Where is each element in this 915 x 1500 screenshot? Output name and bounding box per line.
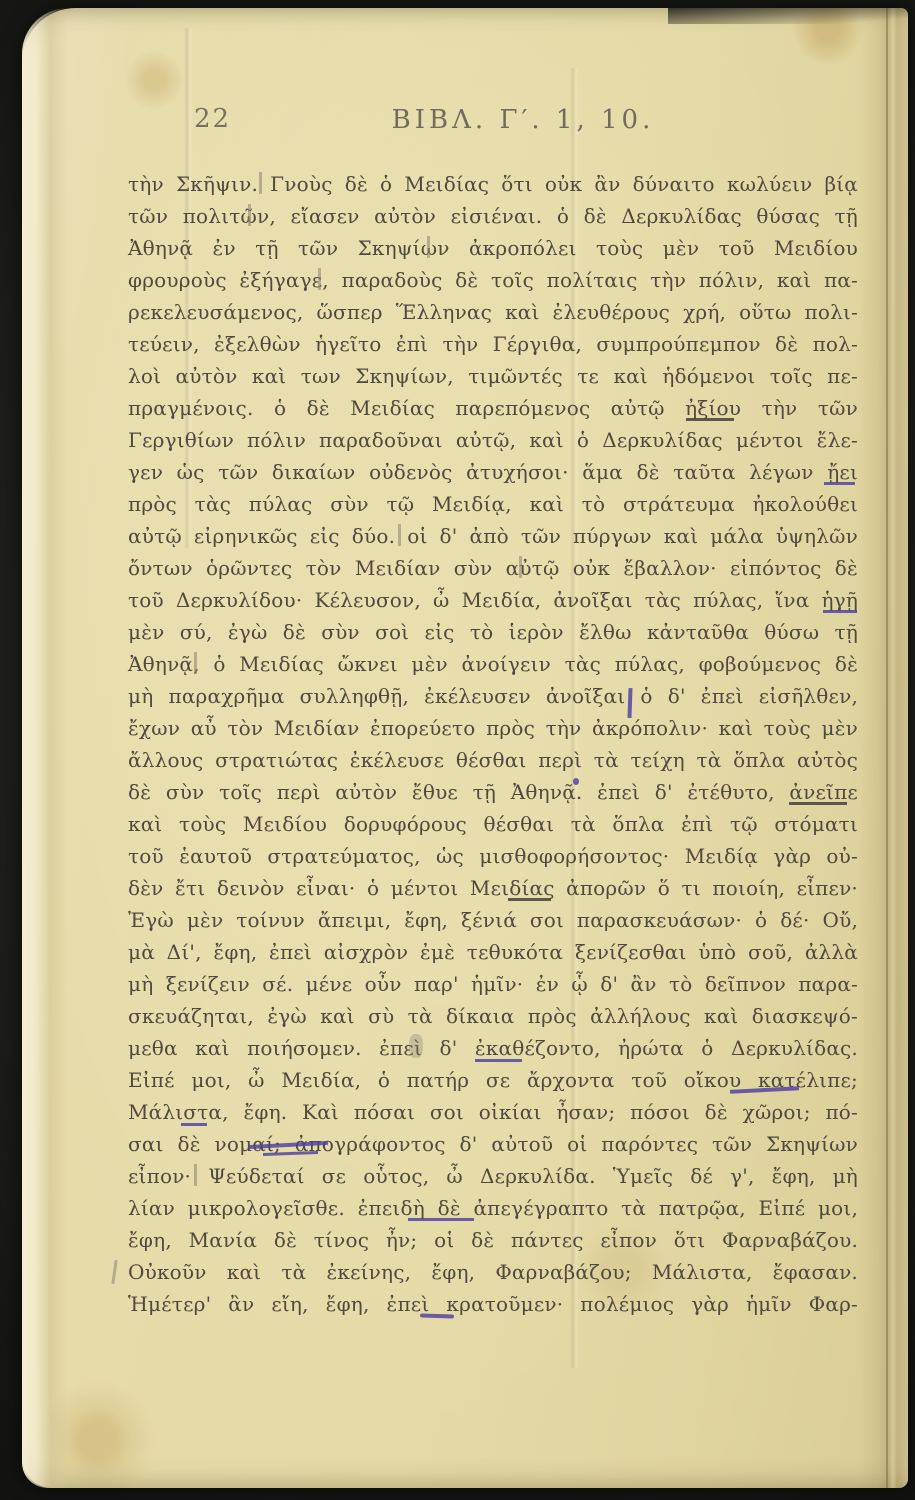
- pencil-mark-paren: [112, 1260, 118, 1284]
- cover-shadow: [668, 8, 908, 24]
- text-line: μὲν σύ, ἐγὼ δὲ σὺν σοὶ εἰς τὸ ἱερὸν ἔλθω…: [128, 616, 858, 648]
- text-line: Οὐκοῦν καὶ τὰ ἐκείνης, ἔφη, Φαρναβάζου; …: [128, 1256, 858, 1288]
- text-line: φρουροὺς ἐξήγαγε, παραδοὺς δὲ τοῖς πολίτ…: [128, 264, 858, 296]
- text-line: ρεκελευσάμενος, ὥσπερ Ἕλληνας καὶ ἐλευθέ…: [128, 296, 858, 328]
- text-line: Μάλιστα, ἔφη. Καὶ πόσαι σοι οἰκίαι ἦσαν;…: [128, 1096, 858, 1128]
- running-header: ΒΙΒΛ. Γ′. 1, 10.: [158, 105, 888, 135]
- text-line: δὲν ἔτι δεινὸν εἶναι· ὁ μέντοι Μειδίας ἀ…: [128, 872, 858, 904]
- text-line: πρὸς τὰς πύλας σὺν τῷ Μειδίᾳ, καὶ τὸ στρ…: [128, 488, 858, 520]
- text-line: ἔχων αὖ τὸν Μειδίαν ἐπορεύετο πρὸς τὴν ἀ…: [128, 712, 858, 744]
- body-lines: τὴν Σκῆψιν. Γνοὺς δὲ ὁ Μειδίας ὅτι οὐκ ἂ…: [128, 168, 858, 1320]
- text-line: μὴ ξενίζειν σέ. μένε οὖν παρ' ἡμῖν· ἐν ᾧ…: [128, 968, 858, 1000]
- text-line: τοῦ ἑαυτοῦ στρατεύματος, ὡς μισθοφορήσον…: [128, 840, 858, 872]
- page-right-gutter: [858, 8, 908, 1488]
- text-line: σαι δὲ νομαί; ἀπογράφοντος δ' αὐτοῦ οἱ π…: [128, 1128, 858, 1160]
- text-line: γεν ὡς τῶν δικαίων οὐδενὸς ἀτυχήσοι· ἅμα…: [128, 456, 858, 488]
- text-line: λοὶ αὐτὸν καὶ των Σκηψίων, τιμῶντές τε κ…: [128, 360, 858, 392]
- book-page: 22 ΒΙΒΛ. Γ′. 1, 10. τὴν Σκῆψιν. Γνοὺς δὲ…: [22, 8, 908, 1488]
- text-line: Γεργιθίων πόλιν παραδοῦναι αὐτῷ, καὶ ὁ Δ…: [128, 424, 858, 456]
- text-line: λίαν μικρολογεῖσθε. ἐπειδὴ δὲ ἀπεγέγραπτ…: [128, 1192, 858, 1224]
- text-line: τῶν πολιτῶν, εἴασεν αὐτὸν εἰσιέναι. ὁ δὲ…: [128, 200, 858, 232]
- text-line: Ἐγὼ μὲν τοίνυν ἄπειμι, ἔφη, ξένιά σοι πα…: [128, 904, 858, 936]
- text-line: Ἀθηνᾷ, ὁ Μειδίας ὤκνει μὲν ἀνοίγειν τὰς …: [128, 648, 858, 680]
- scan-background: 22 ΒΙΒΛ. Γ′. 1, 10. τὴν Σκῆψιν. Γνοὺς δὲ…: [0, 0, 915, 1500]
- text-line: Ἡμέτερ' ἂν εἴη, ἔφη, ἐπεὶ κρατοῦμεν· πολ…: [128, 1288, 858, 1320]
- text-line: ἔφη, Μανία δὲ τίνος ἦν; οἱ δὲ πάντες εἶπ…: [128, 1224, 858, 1256]
- text-line: σκευάζηται, ἐγὼ καὶ σὺ τὰ δίκαια πρὸς ἀλ…: [128, 1000, 858, 1032]
- text-line: ὄντων ὁρῶντες τὸν Μειδίαν σὺν αὐτῷ οὐκ ἔ…: [128, 552, 858, 584]
- body-text: τὴν Σκῆψιν. Γνοὺς δὲ ὁ Μειδίας ὅτι οὐκ ἂ…: [128, 168, 858, 1320]
- text-line: μεθα καὶ ποιήσομεν. ἐπεὶ δ' ἐκαθέζοντο, …: [128, 1032, 858, 1064]
- page-left-edge: [22, 8, 68, 1488]
- text-line: τοῦ Δερκυλίδου· Κέλευσον, ὦ Μειδία, ἀνοῖ…: [128, 584, 858, 616]
- text-line: τεύειν, ἐξελθὼν ἡγεῖτο ἐπὶ τὴν Γέργιθα, …: [128, 328, 858, 360]
- text-line: δὲ σὺν τοῖς περὶ αὐτὸν ἔθυε τῇ Ἀθηνᾷ. ἐπ…: [128, 776, 858, 808]
- text-line: καὶ τοὺς Μειδίου δορυφόρους θέσθαι τὰ ὅπ…: [128, 808, 858, 840]
- text-line: μὴ παραχρῆμα συλληφθῇ, ἐκέλευσεν ἀνοῖξαι…: [128, 680, 858, 712]
- text-line: Ἀθηνᾷ ἐν τῇ τῶν Σκηψίων ἀκροπόλει τοὺς μ…: [128, 232, 858, 264]
- text-line: αὐτῷ εἰρηνικῶς εἰς δύο. οἱ δ' ἀπὸ τῶν πύ…: [128, 520, 858, 552]
- text-line: Εἰπέ μοι, ὦ Μειδία, ὁ πατήρ σε ἄρχοντα τ…: [128, 1064, 858, 1096]
- text-line: εἶπον· Ψεύδεταί σε οὗτος, ὦ Δερκυλίδα. Ὑ…: [128, 1160, 858, 1192]
- text-line: ἄλλους στρατιώτας ἐκέλευσε θέσθαι περὶ τ…: [128, 744, 858, 776]
- text-line: μὰ Δί', ἔφη, ἐπεὶ αἰσχρὸν ἐμὲ τεθυκότα ξ…: [128, 936, 858, 968]
- text-line: πραγμένοις. ὁ δὲ Μειδίας παρεπόμενος αὐτ…: [128, 392, 858, 424]
- text-line: τὴν Σκῆψιν. Γνοὺς δὲ ὁ Μειδίας ὅτι οὐκ ἂ…: [128, 168, 858, 200]
